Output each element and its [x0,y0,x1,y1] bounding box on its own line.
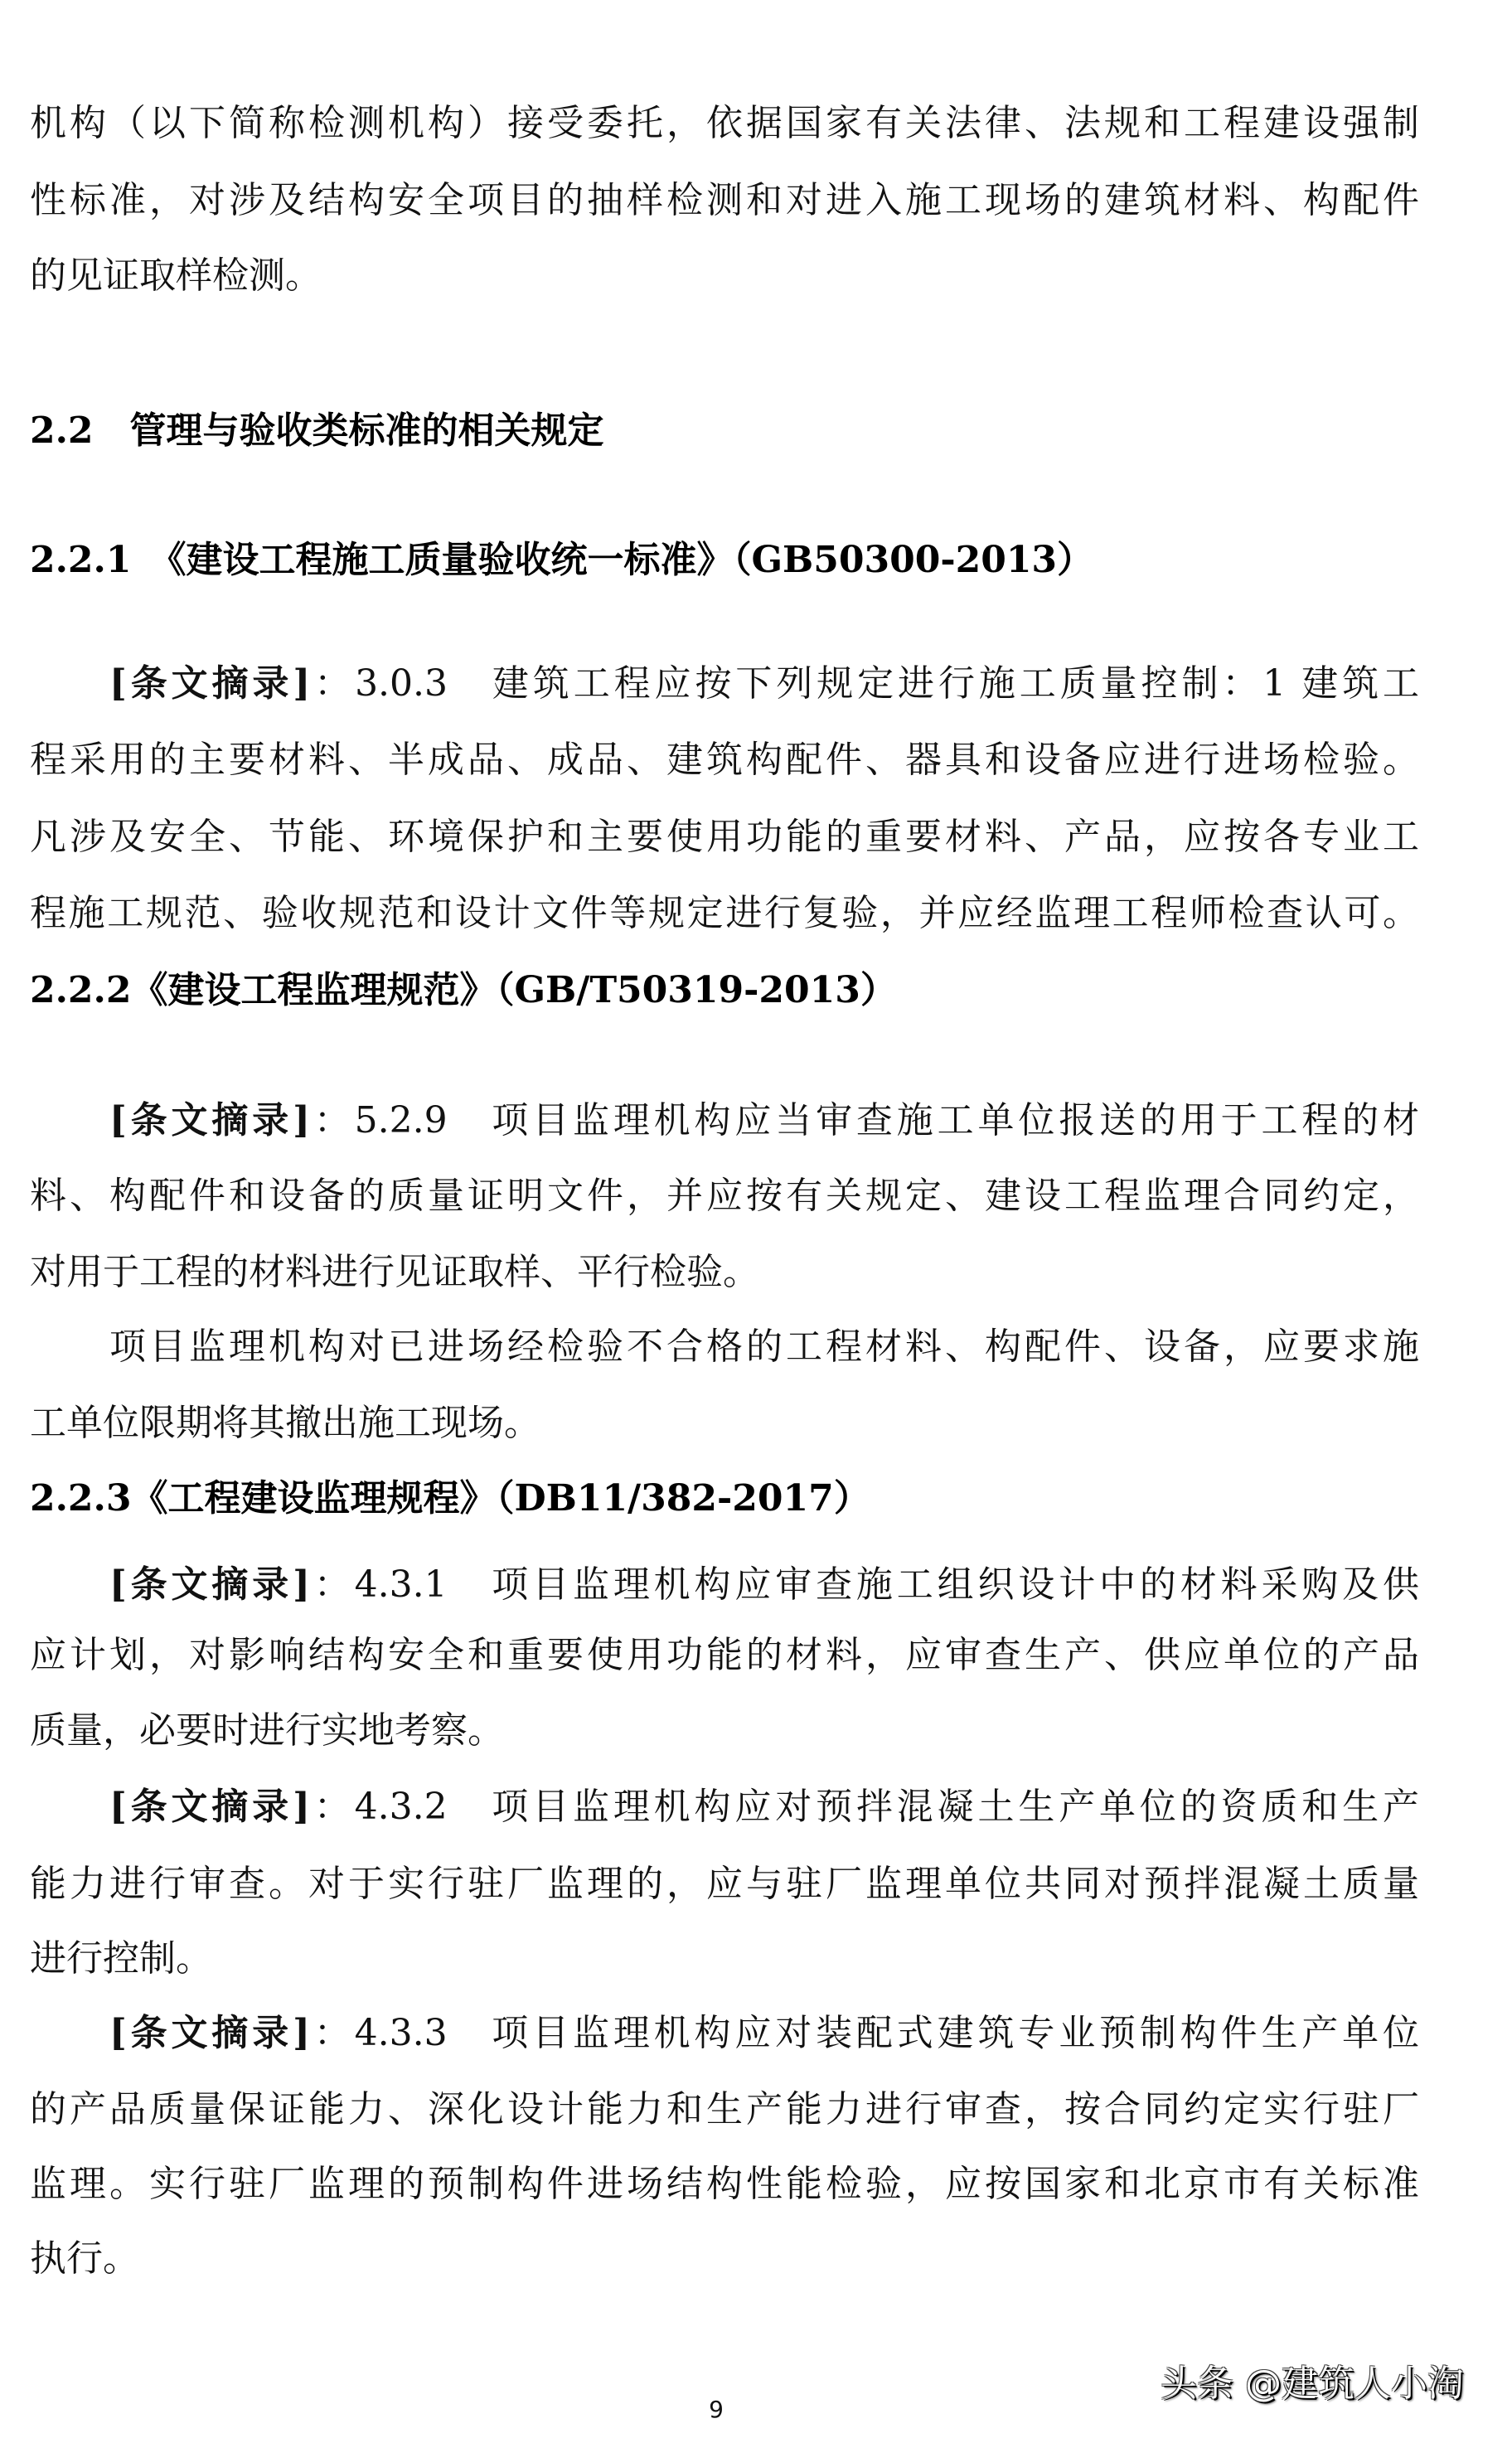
body-text-line: 程采用的主要材料、半成品、成品、建筑构配件、器具和设备应进行进场检验。 [30,737,1419,783]
body-text-line: 能力进行审查。对于实行驻厂监理的，应与驻厂监理单位共同对预拌混凝土质量 [30,1861,1419,1907]
document-page: 机构（以下简称检测机构）接受委托，依据国家有关法律、法规和工程建设强制 性标准，… [0,0,1512,2438]
watermark: 头条 @建筑人小淘 [1161,2361,1464,2407]
body-text-line: 进行控制。 [30,1936,212,1982]
section-heading-2-2-3: 2.2.3《工程建设监理规程》（DB11/382-2017） [30,1476,870,1522]
excerpt-first-line: [条文摘录]：4.3.1 项目监理机构应审查施工组织设计中的材料采购及供 [109,1562,1419,1608]
body-text-line: 性标准，对涉及结构安全项目的抽样检测和对进入施工现场的建筑材料、构配件 [30,177,1419,224]
body-text-line: 质量，必要时进行实地考察。 [30,1708,504,1754]
body-text-line: 对用于工程的材料进行见证取样、平行检验。 [30,1249,759,1296]
excerpt-first-line: [条文摘录]：5.2.9 项目监理机构应当审查施工单位报送的用于工程的材 [109,1098,1419,1144]
excerpt-tag: [条文摘录] [109,1563,310,1606]
excerpt-text: ：5.2.9 项目监理机构应当审查施工单位报送的用于工程的材 [310,1099,1419,1141]
section-heading-2-2: 2.2 管理与验收类标准的相关规定 [30,408,604,454]
excerpt-first-line: [条文摘录]：4.3.2 项目监理机构应对预拌混凝土生产单位的资质和生产 [109,1784,1419,1830]
section-heading-2-2-2: 2.2.2《建设工程监理规范》（GB/T50319-2013） [30,967,897,1014]
page-number: 9 [701,2396,731,2423]
excerpt-text: ：4.3.3 项目监理机构应对装配式建筑专业预制构件生产单位 [310,2012,1419,2054]
body-text-line: 机构（以下简称检测机构）接受委托，依据国家有关法律、法规和工程建设强制 [30,100,1419,147]
section-heading-2-2-1: 2.2.1 《建设工程施工质量验收统一标准》（GB50300-2013） [30,537,1093,584]
excerpt-text: ：3.0.3 建筑工程应按下列规定进行施工质量控制：1 建筑工 [310,662,1419,705]
body-text-line: 应计划，对影响结构安全和重要使用功能的材料，应审查生产、供应单位的产品 [30,1632,1419,1679]
body-text-line: 凡涉及安全、节能、环境保护和主要使用功能的重要材料、产品，应按各专业工 [30,814,1419,860]
body-text-line: 的产品质量保证能力、深化设计能力和生产能力进行审查，按合同约定实行驻厂 [30,2087,1419,2133]
body-text-line: 执行。 [30,2236,139,2282]
excerpt-tag: [条文摘录] [109,662,310,705]
body-text-line: 的见证取样检测。 [30,253,322,299]
body-text-line: 程施工规范、验收规范和设计文件等规定进行复验，并应经监理工程师检查认可。 [30,890,1419,937]
body-text-line: 料、构配件和设备的质量证明文件，并应按有关规定、建设工程监理合同约定， [30,1173,1419,1219]
body-text-line: 工单位限期将其撤出施工现场。 [30,1400,540,1447]
excerpt-tag: [条文摘录] [109,1099,310,1141]
excerpt-first-line: [条文摘录]：3.0.3 建筑工程应按下列规定进行施工质量控制：1 建筑工 [109,661,1419,707]
excerpt-text: ：4.3.1 项目监理机构应审查施工组织设计中的材料采购及供 [310,1563,1419,1606]
excerpt-tag: [条文摘录] [109,1786,310,1828]
excerpt-text: ：4.3.2 项目监理机构应对预拌混凝土生产单位的资质和生产 [310,1786,1419,1828]
excerpt-first-line: [条文摘录]：4.3.3 项目监理机构应对装配式建筑专业预制构件生产单位 [109,2010,1419,2057]
body-text-line: 项目监理机构对已进场经检验不合格的工程材料、构配件、设备，应要求施 [109,1324,1419,1370]
body-text-line: 监理。实行驻厂监理的预制构件进场结构性能检验，应按国家和北京市有关标准 [30,2161,1419,2208]
excerpt-tag: [条文摘录] [109,2012,310,2054]
